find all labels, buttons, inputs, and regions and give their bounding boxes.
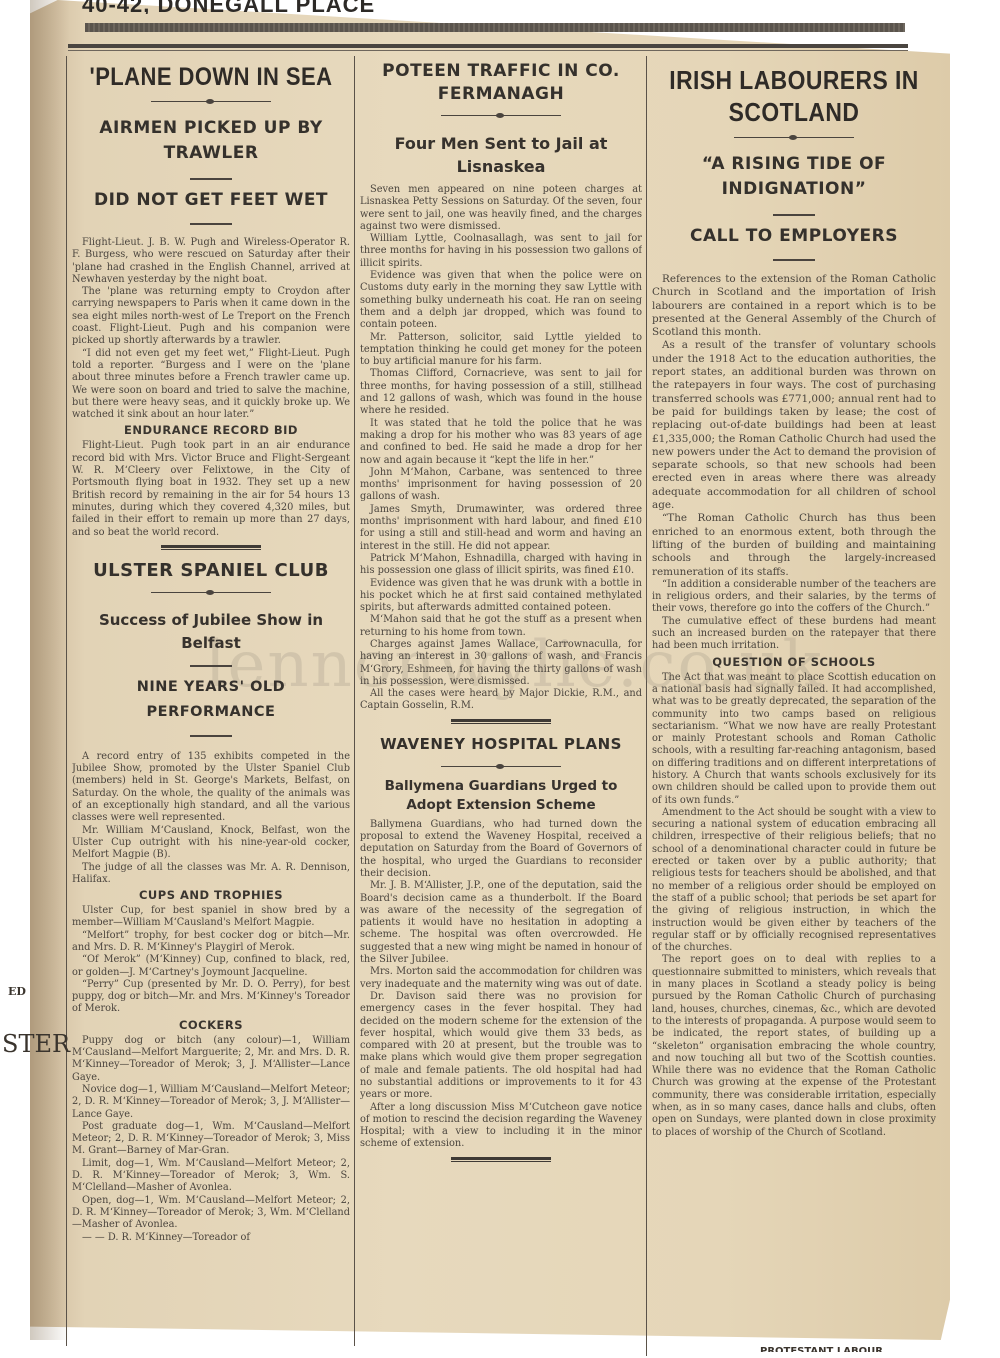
column-1: 'PLANE DOWN IN SEA AIRMEN PICKED UP BY T…: [72, 56, 350, 1244]
column-3: IRISH LABOURERS IN SCOTLAND “A RISING TI…: [652, 56, 936, 1139]
subheadline: Success of Jubilee Show in Belfast: [72, 609, 350, 655]
column-divider: [66, 56, 67, 1346]
column-2: POTEEN TRAFFIC IN CO. FERMANAGH Four Men…: [360, 56, 642, 1170]
paragraph: Flight-Lieut. Pugh took part in an air e…: [72, 440, 350, 538]
section-heading: ENDURANCE RECORD BID: [72, 423, 350, 438]
paragraph: Mr. Patterson, solicitor, said Lyttle yi…: [360, 332, 642, 369]
paragraph: “I did not even get my feet wet,” Flight…: [72, 348, 350, 422]
paragraph: Patrick M‘Mahon, Eshnadilla, charged wit…: [360, 553, 642, 578]
paragraph: References to the extension of the Roman…: [652, 273, 936, 339]
article-body: Flight-Lieut. J. B. W. Pugh and Wireless…: [72, 237, 350, 421]
ornament-rule: [441, 763, 561, 771]
paragraph: As a result of the transfer of voluntary…: [652, 339, 936, 512]
paragraph: Mr. William M‘Causland, Knock, Belfast, …: [72, 825, 350, 862]
article-irish-labourers: IRISH LABOURERS IN SCOTLAND “A RISING TI…: [652, 64, 936, 1139]
paragraph: Mrs. Morton said the accommodation for c…: [360, 966, 642, 991]
paragraph: Ulster Cup, for best spaniel in show bre…: [72, 905, 350, 930]
ornament-rule: [734, 134, 854, 142]
top-rule-thin: [68, 50, 908, 51]
paragraph: After a long discussion Miss M‘Cutcheon …: [360, 1102, 642, 1151]
paragraph: Novice dog—1, William M‘Causland—Melfort…: [72, 1084, 350, 1121]
masthead-address: 40-42, DONEGALL PLACE: [82, 0, 375, 14]
headline: IRISH LABOURERS IN SCOTLAND: [669, 64, 919, 128]
paragraph: “The Roman Catholic Church has thus been…: [652, 512, 936, 578]
ornament-rule: [151, 98, 271, 106]
header-band: [85, 23, 905, 32]
paragraph: The Act that was meant to place Scottish…: [652, 672, 936, 807]
paragraph: Seven men appeared on nine poteen charge…: [360, 184, 642, 233]
paragraph: Evidence was given that when the police …: [360, 270, 642, 331]
section-heading: QUESTION OF SCHOOLS: [652, 655, 936, 670]
subheadline: “A RISING TIDE OF INDIGNATION”: [652, 152, 936, 202]
paragraph: John M‘Mahon, Carbane, was sentenced to …: [360, 467, 642, 504]
end-rule-thin: [161, 549, 261, 550]
article-plane-down: 'PLANE DOWN IN SEA AIRMEN PICKED UP BY T…: [72, 62, 350, 550]
paragraph: Limit, dog—1, Wm. M‘Causland—Melfort Met…: [72, 1158, 350, 1195]
paragraph: The judge of all the classes was Mr. A. …: [72, 862, 350, 887]
paragraph: Ballymena Guardians, who had turned down…: [360, 819, 642, 880]
edge-fragment: ED: [8, 985, 26, 998]
paragraph: Puppy dog or bitch (any colour)—1, Willi…: [72, 1035, 350, 1084]
paragraph: “In addition a considerable number of th…: [652, 579, 936, 616]
end-rule: [161, 545, 261, 548]
paragraph: William Lyttle, Coolnasallagh, was sent …: [360, 233, 642, 270]
end-rule-thin: [451, 1161, 551, 1162]
paragraph: It was stated that he told the police th…: [360, 418, 642, 467]
short-rule: [773, 259, 815, 261]
subheadline: DID NOT GET FEET WET: [72, 188, 350, 213]
paragraph: All the cases were heard by Major Dickie…: [360, 688, 642, 713]
subheadline: AIRMEN PICKED UP BY TRAWLER: [72, 116, 350, 166]
short-rule: [190, 223, 232, 225]
short-rule: [190, 178, 232, 180]
headline: ULSTER SPANIEL CLUB: [72, 558, 350, 583]
section-heading: COCKERS: [72, 1018, 350, 1033]
paragraph: Post graduate dog—1, Wm. M‘Causland—Melf…: [72, 1121, 350, 1158]
paragraph: Dr. Davison said there was no provision …: [360, 991, 642, 1102]
top-rule: [68, 44, 908, 48]
paragraph: A record entry of 135 exhibits competed …: [72, 751, 350, 825]
headline: POTEEN TRAFFIC IN CO. FERMANAGH: [360, 60, 642, 106]
paragraph: The report goes on to deal with replies …: [652, 954, 936, 1138]
ornament-rule: [441, 112, 561, 120]
paragraph: Charges against James Wallace, Carrownac…: [360, 639, 642, 688]
short-rule: [190, 735, 232, 737]
column-divider: [646, 56, 647, 1356]
paragraph: The 'plane was returning empty to Croydo…: [72, 286, 350, 347]
paragraph: Amendment to the Act should be sought wi…: [652, 807, 936, 955]
paragraph: James Smyth, Drumawinter, was ordered th…: [360, 504, 642, 553]
paragraph: Flight-Lieut. J. B. W. Pugh and Wireless…: [72, 237, 350, 286]
paragraph: Open, dog—1, Wm. M‘Causland—Melfort Mete…: [72, 1195, 350, 1232]
ornament-rule: [151, 589, 271, 597]
subheadline: CALL TO EMPLOYERS: [652, 224, 936, 249]
cutoff-heading: PROTESTANT LABOUR: [760, 1346, 883, 1352]
edge-fragment: STER: [2, 1030, 70, 1058]
paragraph: “Of Merok” (M‘Kinney) Cup, confined to b…: [72, 954, 350, 979]
section-heading: CUPS AND TROPHIES: [72, 888, 350, 903]
subheadline: NINE YEARS' OLD PERFORMANCE: [72, 675, 350, 725]
paragraph: Mr. J. B. M‘Allister, J.P., one of the d…: [360, 880, 642, 966]
paragraph: Thomas Clifford, Cornacrieve, was sent t…: [360, 368, 642, 417]
end-rule: [451, 1157, 551, 1160]
subheadline: Ballymena Guardians Urged to Adopt Exten…: [360, 777, 642, 815]
short-rule: [190, 665, 232, 667]
headline: WAVENEY HOSPITAL PLANS: [360, 732, 642, 757]
article-poteen-traffic: POTEEN TRAFFIC IN CO. FERMANAGH Four Men…: [360, 60, 642, 724]
headline: 'PLANE DOWN IN SEA: [89, 62, 334, 92]
paragraph: “Perry” Cup (presented by Mr. D. O. Perr…: [72, 979, 350, 1016]
paragraph: — — D. R. M‘Kinney—Toreador of: [72, 1232, 350, 1244]
subheadline: Four Men Sent to Jail at Lisnaskea: [360, 132, 642, 178]
page-fold-shadow: [30, 0, 70, 1340]
paragraph: “Melfort” trophy, for best cocker dog or…: [72, 930, 350, 955]
paragraph: Evidence was given that he was drunk wit…: [360, 578, 642, 615]
short-rule: [773, 214, 815, 216]
article-ulster-spaniel: ULSTER SPANIEL CLUB Success of Jubilee S…: [72, 558, 350, 1244]
paragraph: The cumulative effect of these burdens h…: [652, 616, 936, 653]
paragraph: M‘Mahon said that he got the stuff as a …: [360, 614, 642, 639]
article-waveney-hospital: WAVENEY HOSPITAL PLANS Ballymena Guardia…: [360, 732, 642, 1162]
end-rule: [451, 719, 551, 722]
end-rule-thin: [451, 723, 551, 724]
